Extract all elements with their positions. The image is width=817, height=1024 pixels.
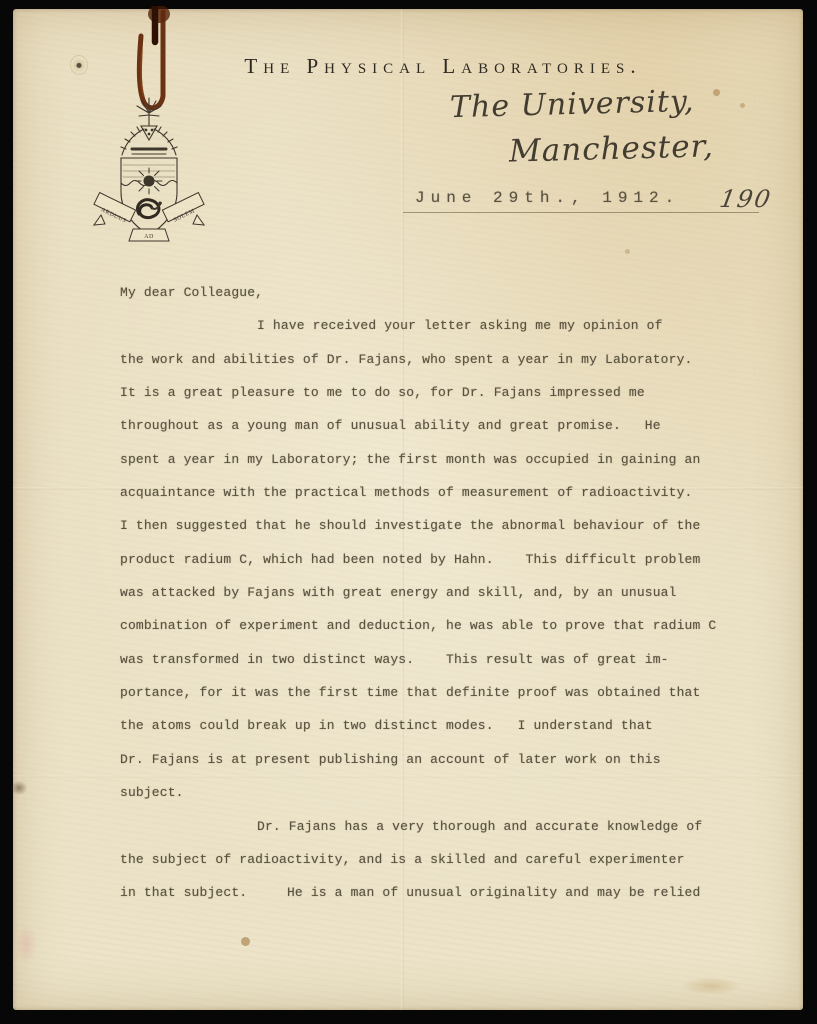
stain-spot bbox=[241, 937, 250, 946]
typed-line: was attacked by Fajans with great energy… bbox=[120, 576, 755, 609]
letter-paragraphs: I have received your letter asking me my… bbox=[120, 309, 755, 909]
typed-line: in that subject. He is a man of unusual … bbox=[120, 876, 755, 909]
scanned-letter-page: { "scan": { "background_color": "#070707… bbox=[0, 0, 817, 1024]
typed-line: product radium C, which had been noted b… bbox=[120, 543, 755, 576]
stain-smudge bbox=[11, 781, 27, 795]
typed-line: I have received your letter asking me my… bbox=[120, 309, 755, 342]
typed-line: It is a great pleasure to me to do so, f… bbox=[120, 376, 755, 409]
typed-line: acquaintance with the practical methods … bbox=[120, 476, 755, 509]
typed-line: Dr. Fajans has a very thorough and accur… bbox=[120, 810, 755, 843]
typed-line: throughout as a young man of unusual abi… bbox=[120, 409, 755, 442]
typed-line: was transformed in two distinct ways. Th… bbox=[120, 643, 755, 676]
letter-body: My dear Colleague, I have received your … bbox=[120, 276, 755, 910]
letter-paper: ARDUUS SOLEM AD The Physical Laboratorie… bbox=[13, 9, 803, 1010]
letterhead-city-line: Manchester, bbox=[509, 128, 715, 169]
typed-line: the work and abilities of Dr. Fajans, wh… bbox=[120, 343, 755, 376]
stain-spot bbox=[625, 249, 630, 254]
stain-spot bbox=[740, 103, 745, 108]
typed-line: the subject of radioactivity, and is a s… bbox=[120, 843, 755, 876]
letterhead-title: The Physical Laboratories. bbox=[244, 54, 641, 79]
preprinted-year: 190 bbox=[718, 185, 775, 213]
typed-line: subject. bbox=[120, 776, 755, 809]
stain-spot bbox=[713, 89, 720, 96]
typed-line: portance, for it was the first time that… bbox=[120, 676, 755, 709]
stain-smudge bbox=[681, 977, 741, 995]
typed-line: combination of experiment and deduction,… bbox=[120, 609, 755, 642]
typed-line: spent a year in my Laboratory; the first… bbox=[120, 443, 755, 476]
university-crest-icon: ARDUUS SOLEM AD bbox=[93, 93, 205, 245]
typed-line: the atoms could break up in two distinct… bbox=[120, 709, 755, 742]
stain-smudge bbox=[15, 924, 37, 964]
typed-line: Dr. Fajans is at present publishing an a… bbox=[120, 743, 755, 776]
letterhead-university-line: The University, bbox=[450, 84, 695, 125]
typed-date: June 29th., 1912. bbox=[415, 189, 680, 207]
salutation: My dear Colleague, bbox=[120, 276, 755, 309]
crest-motto-center: AD bbox=[144, 234, 154, 240]
date-rule-line bbox=[403, 212, 759, 213]
punch-hole-mark bbox=[70, 55, 88, 75]
typed-line: I then suggested that he should investig… bbox=[120, 509, 755, 542]
